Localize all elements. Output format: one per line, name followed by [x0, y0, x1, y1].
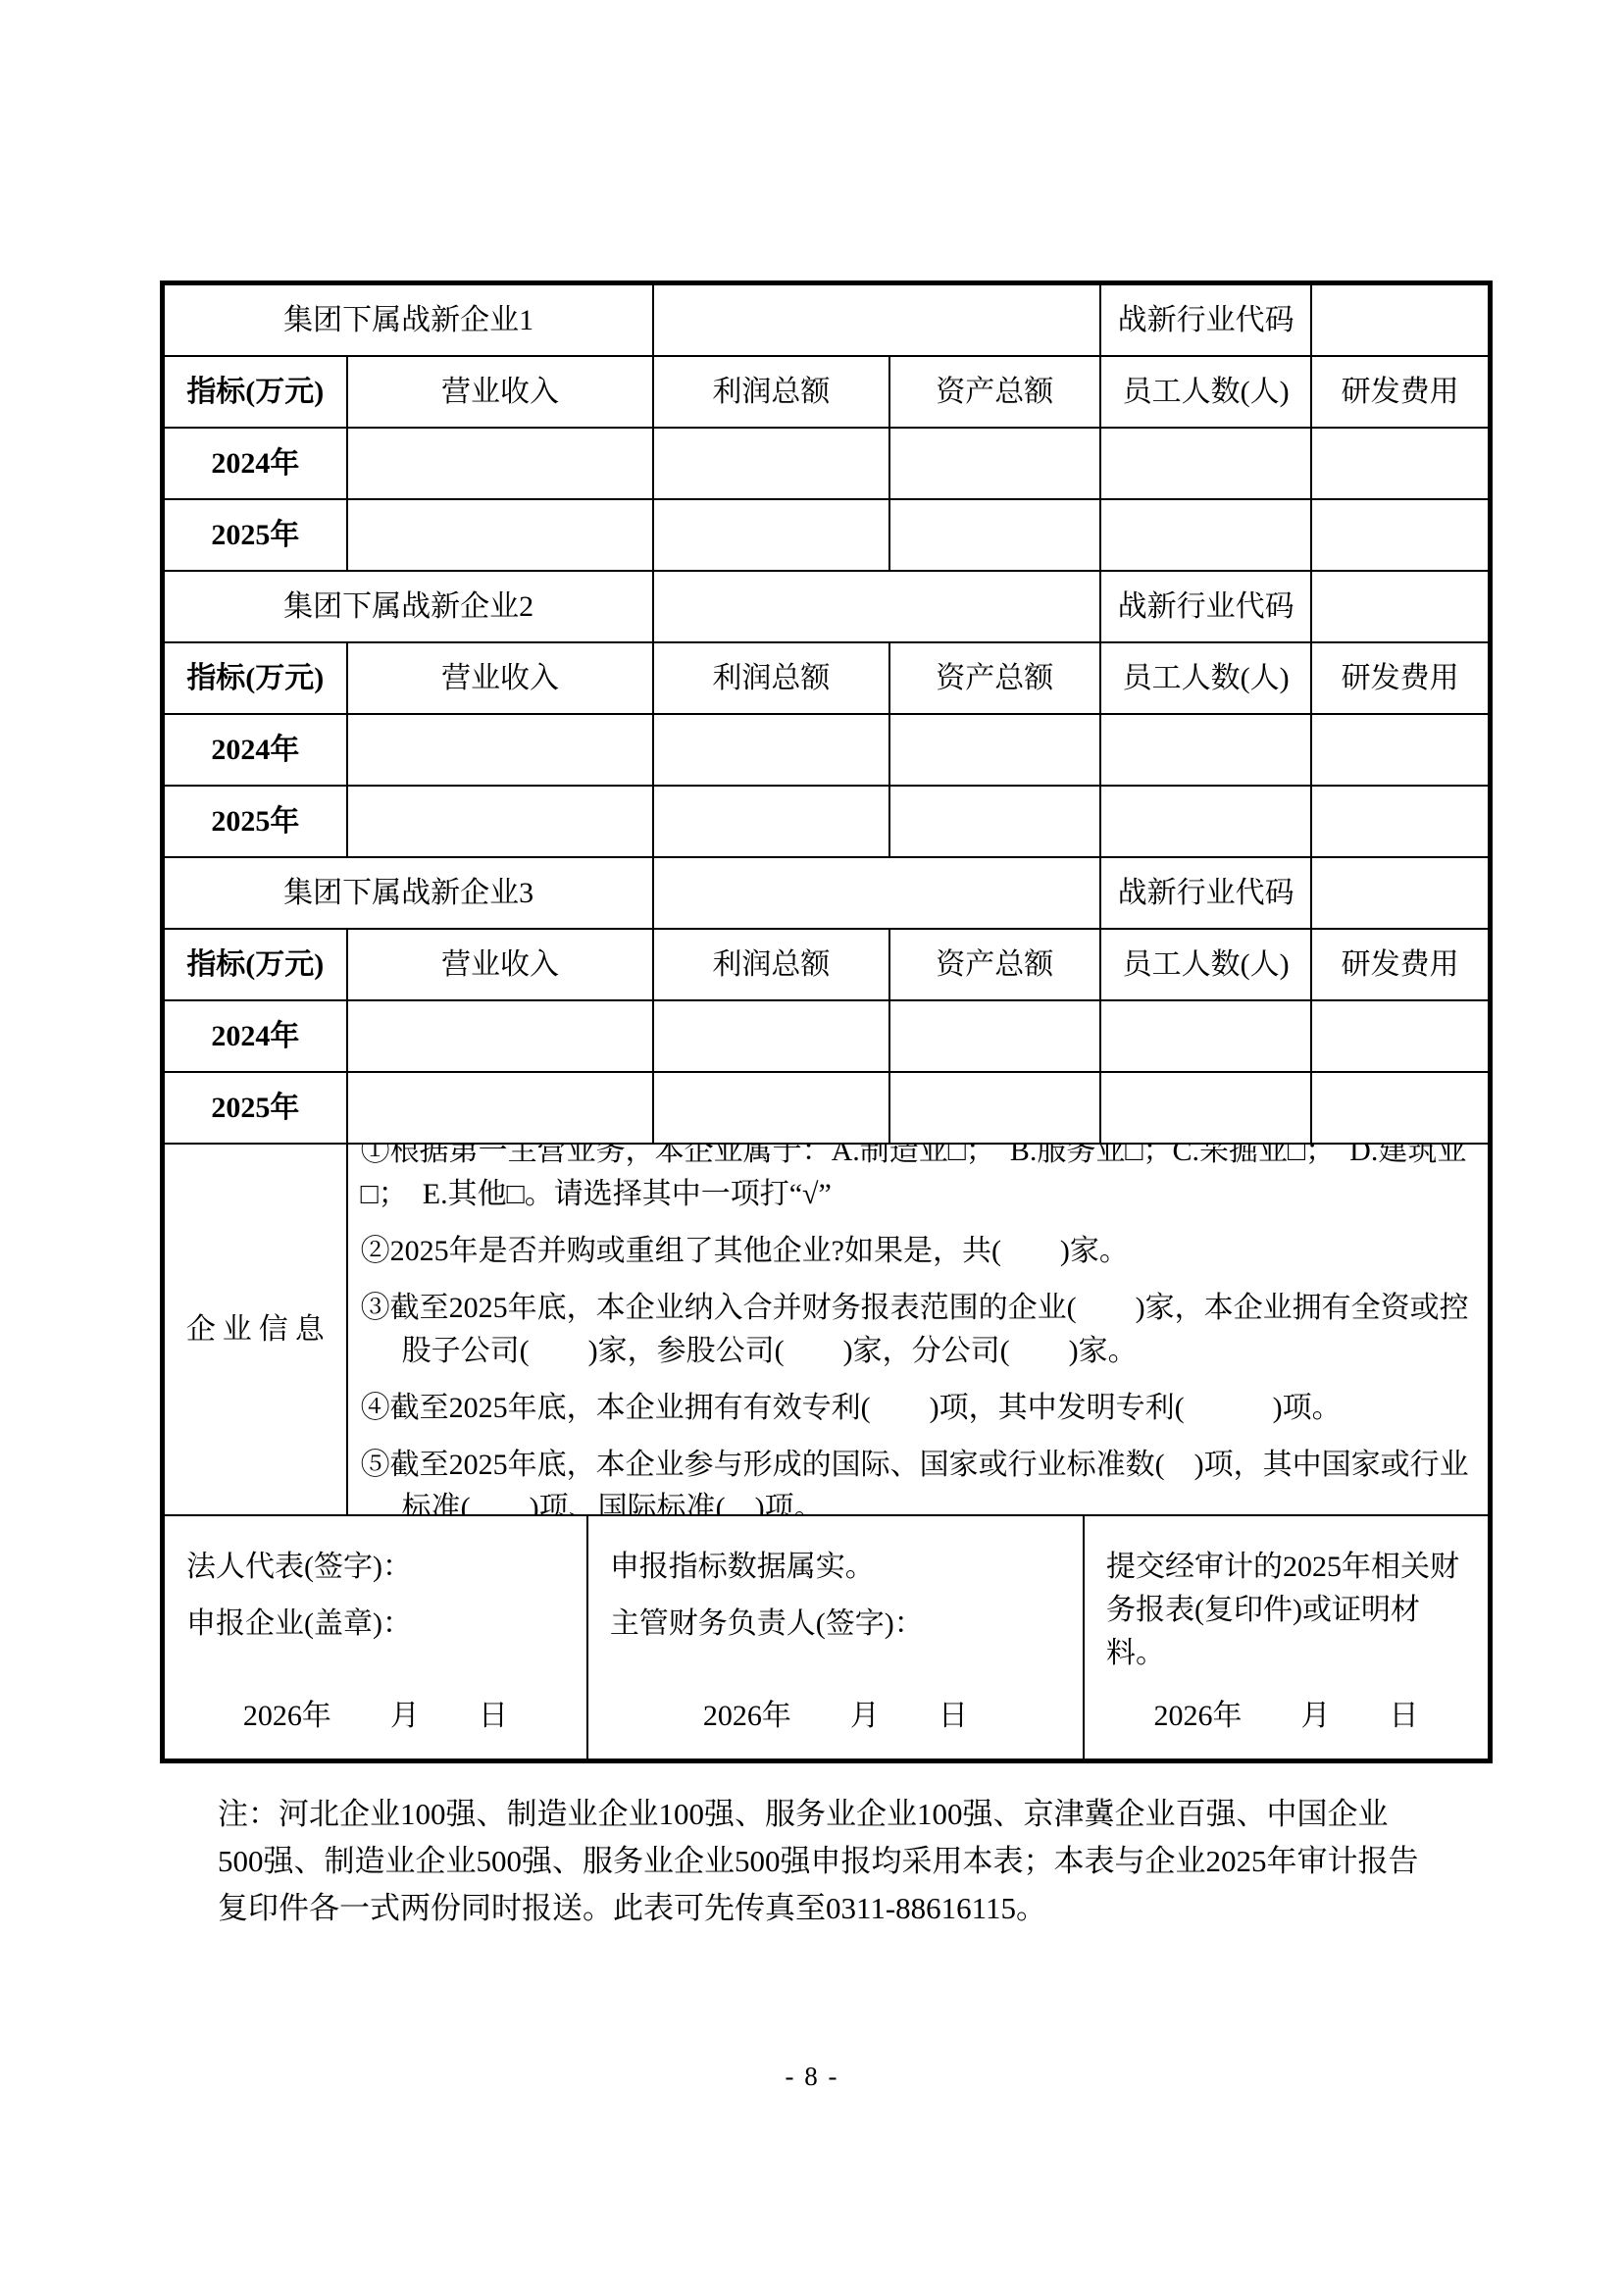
block1-col-revenue: 营业收入	[346, 357, 653, 427]
block2-year-2025-row: 2025年	[165, 785, 1488, 856]
block2-col-rnd: 研发费用	[1310, 643, 1488, 713]
block2-2025-revenue-cell[interactable]	[346, 787, 653, 856]
block3-col-revenue: 营业收入	[346, 930, 653, 999]
info-item-5: ⑤截至2025年底，本企业参与形成的国际、国家或行业标准数( )项，其中国家或行…	[361, 1444, 1478, 1515]
block3-year-2025-row: 2025年	[165, 1071, 1488, 1143]
block2-name-value-cell[interactable]	[652, 572, 1099, 641]
block3-metric-label: 指标(万元)	[165, 930, 346, 999]
signature-cell-materials: 提交经审计的2025年相关财务报表(复印件)或证明材料。 2026年 月 日	[1083, 1516, 1488, 1759]
block1-col-rnd: 研发费用	[1310, 357, 1488, 427]
block2-col-revenue: 营业收入	[346, 643, 653, 713]
enterprise-info-label: 企业信息	[165, 1145, 346, 1514]
block3-col-assets: 资产总额	[888, 930, 1099, 999]
block2-year-2024-label: 2024年	[165, 715, 346, 785]
block2-2025-profit-cell[interactable]	[652, 787, 888, 856]
block3-2024-revenue-cell[interactable]	[346, 1001, 653, 1071]
block1-2024-assets-cell[interactable]	[888, 429, 1099, 498]
block1-col-profit: 利润总额	[652, 357, 888, 427]
signature-date-3: 2026年 月 日	[1085, 1698, 1488, 1735]
block3-year-2025-label: 2025年	[165, 1073, 346, 1143]
block3-2025-employees-cell[interactable]	[1099, 1073, 1310, 1143]
block3-2024-rnd-cell[interactable]	[1310, 1001, 1488, 1071]
block3-2025-profit-cell[interactable]	[652, 1073, 888, 1143]
block3-2024-profit-cell[interactable]	[652, 1001, 888, 1071]
signature-cell-finance: 申报指标数据属实。 主管财务负责人(签字)： 2026年 月 日	[586, 1516, 1083, 1759]
block1-col-assets: 资产总额	[888, 357, 1099, 427]
data-truthful-statement: 申报指标数据属实。	[610, 1546, 875, 1589]
block1-year-2024-label: 2024年	[165, 429, 346, 498]
block3-industry-code-value-cell[interactable]	[1310, 858, 1488, 928]
block3-2025-rnd-cell[interactable]	[1310, 1073, 1488, 1143]
block1-year-2024-row: 2024年	[165, 427, 1488, 498]
block2-industry-code-label: 战新行业代码	[1099, 572, 1310, 641]
audited-reports-statement: 提交经审计的2025年相关财务报表(复印件)或证明材料。	[1106, 1546, 1474, 1675]
page-number: - 8 -	[0, 2062, 1624, 2092]
signature-row: 法人代表(签字)： 申报企业(盖章)： 2026年 月 日 申报指标数据属实。 …	[165, 1514, 1488, 1759]
block2-2024-rnd-cell[interactable]	[1310, 715, 1488, 785]
legal-rep-sign-label: 法人代表(签字)：	[186, 1546, 412, 1589]
block1-2024-profit-cell[interactable]	[652, 429, 888, 498]
block2-2025-rnd-cell[interactable]	[1310, 787, 1488, 856]
block1-2024-revenue-cell[interactable]	[346, 429, 653, 498]
block3-year-2024-row: 2024年	[165, 999, 1488, 1071]
info-item-3: ③截至2025年底，本企业纳入合并财务报表范围的企业( )家，本企业拥有全资或控…	[361, 1287, 1478, 1373]
block1-metric-label: 指标(万元)	[165, 357, 346, 427]
block1-2025-rnd-cell[interactable]	[1310, 500, 1488, 570]
block1-title: 集团下属战新企业1	[165, 285, 652, 355]
signature-cell-legal-rep: 法人代表(签字)： 申报企业(盖章)： 2026年 月 日	[165, 1516, 586, 1759]
block1-name-value-cell[interactable]	[652, 285, 1099, 355]
block2-2025-assets-cell[interactable]	[888, 787, 1099, 856]
block1-header-row: 集团下属战新企业1 战新行业代码	[165, 285, 1488, 355]
block1-industry-code-label: 战新行业代码	[1099, 285, 1310, 355]
block2-header-row: 集团下属战新企业2 战新行业代码	[165, 570, 1488, 641]
block2-2024-assets-cell[interactable]	[888, 715, 1099, 785]
block2-metric-label: 指标(万元)	[165, 643, 346, 713]
block1-col-employees: 员工人数(人)	[1099, 357, 1310, 427]
signature-date-2: 2026年 月 日	[588, 1698, 1083, 1735]
block3-2024-assets-cell[interactable]	[888, 1001, 1099, 1071]
block3-industry-code-label: 战新行业代码	[1099, 858, 1310, 928]
document-page: 集团下属战新企业1 战新行业代码 指标(万元) 营业收入 利润总额 资产总额 员…	[0, 0, 1624, 2294]
info-item-1: ①根据第一主营业务，本企业属于：A.制造业□； B.服务业□；C.采掘业□； D…	[361, 1145, 1478, 1216]
block3-col-rnd: 研发费用	[1310, 930, 1488, 999]
block2-2024-employees-cell[interactable]	[1099, 715, 1310, 785]
block3-title: 集团下属战新企业3	[165, 858, 652, 928]
block1-2025-assets-cell[interactable]	[888, 500, 1099, 570]
info-item-4: ④截至2025年底，本企业拥有有效专利( )项，其中发明专利( )项。	[361, 1387, 1342, 1430]
block1-2024-employees-cell[interactable]	[1099, 429, 1310, 498]
block2-col-profit: 利润总额	[652, 643, 888, 713]
info-item-2: ②2025年是否并购或重组了其他企业?如果是，共( )家。	[361, 1230, 1129, 1273]
block2-year-2024-row: 2024年	[165, 713, 1488, 785]
block3-col-employees: 员工人数(人)	[1099, 930, 1310, 999]
block3-2024-employees-cell[interactable]	[1099, 1001, 1310, 1071]
block2-2024-revenue-cell[interactable]	[346, 715, 653, 785]
declaration-form-table: 集团下属战新企业1 战新行业代码 指标(万元) 营业收入 利润总额 资产总额 员…	[160, 280, 1493, 1763]
footnote: 注：河北企业100强、制造业企业100强、服务业企业100强、京津冀企业百强、中…	[218, 1791, 1420, 1932]
block1-year-2025-row: 2025年	[165, 498, 1488, 570]
block2-2025-employees-cell[interactable]	[1099, 787, 1310, 856]
block1-2025-profit-cell[interactable]	[652, 500, 888, 570]
enterprise-info-row: 企业信息 ①根据第一主营业务，本企业属于：A.制造业□； B.服务业□；C.采掘…	[165, 1143, 1488, 1514]
block1-industry-code-value-cell[interactable]	[1310, 285, 1488, 355]
declaring-enterprise-seal-label: 申报企业(盖章)：	[186, 1603, 412, 1646]
block1-2025-revenue-cell[interactable]	[346, 500, 653, 570]
block1-columns-row: 指标(万元) 营业收入 利润总额 资产总额 员工人数(人) 研发费用	[165, 355, 1488, 427]
block3-columns-row: 指标(万元) 营业收入 利润总额 资产总额 员工人数(人) 研发费用	[165, 928, 1488, 999]
signature-date-1: 2026年 月 日	[165, 1698, 586, 1735]
block2-columns-row: 指标(万元) 营业收入 利润总额 资产总额 员工人数(人) 研发费用	[165, 641, 1488, 713]
enterprise-info-content: ①根据第一主营业务，本企业属于：A.制造业□； B.服务业□；C.采掘业□； D…	[346, 1145, 1488, 1514]
finance-head-sign-label: 主管财务负责人(签字)：	[610, 1603, 924, 1646]
block2-2024-profit-cell[interactable]	[652, 715, 888, 785]
block2-col-employees: 员工人数(人)	[1099, 643, 1310, 713]
block3-year-2024-label: 2024年	[165, 1001, 346, 1071]
block2-industry-code-value-cell[interactable]	[1310, 572, 1488, 641]
block3-name-value-cell[interactable]	[652, 858, 1099, 928]
block3-col-profit: 利润总额	[652, 930, 888, 999]
block1-2024-rnd-cell[interactable]	[1310, 429, 1488, 498]
block3-2025-assets-cell[interactable]	[888, 1073, 1099, 1143]
block3-header-row: 集团下属战新企业3 战新行业代码	[165, 856, 1488, 928]
block3-2025-revenue-cell[interactable]	[346, 1073, 653, 1143]
block2-year-2025-label: 2025年	[165, 787, 346, 856]
block1-year-2025-label: 2025年	[165, 500, 346, 570]
block1-2025-employees-cell[interactable]	[1099, 500, 1310, 570]
block2-col-assets: 资产总额	[888, 643, 1099, 713]
block2-title: 集团下属战新企业2	[165, 572, 652, 641]
